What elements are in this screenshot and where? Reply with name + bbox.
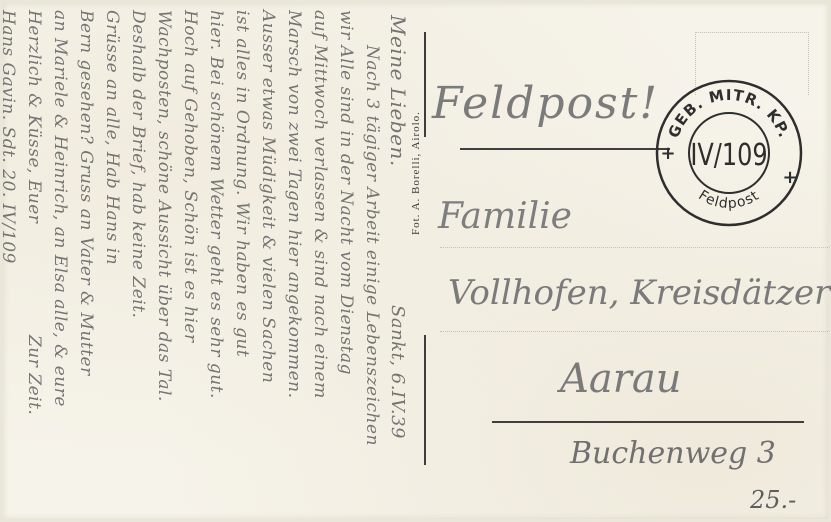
svg-text:Feldpost: Feldpost xyxy=(696,187,763,212)
message-area: Meine Lieben. Sankt, 6.IV.39 Nach 3 tägi… xyxy=(0,0,410,522)
salutation: Meine Lieben. xyxy=(386,15,410,167)
recipient-line-2: Vollhofen, Kreisdätzer xyxy=(448,273,830,313)
printer-credit: Fot. A. Borelli, Airolo. xyxy=(410,75,426,235)
address-rule-1 xyxy=(460,148,670,150)
price-note: 25.- xyxy=(750,486,796,514)
message-line: Ausser etwas Müdigkeit & vielen Sachen xyxy=(258,10,278,383)
svg-text:+: + xyxy=(782,167,797,188)
message-line: an Mariele & Heinrich, an Elsa alle, & e… xyxy=(50,10,70,407)
message-line: auf Mittwoch verlassen & sind nach einem xyxy=(310,10,330,399)
svg-text:+: + xyxy=(660,143,675,164)
recipient-line-1: Familie xyxy=(438,196,572,237)
postmark-stamp: GEB. MITR. KP. Feldpost IV/109 + + xyxy=(654,78,804,228)
message-line: Wachposten, schöne Aussicht über das Tal… xyxy=(154,10,174,402)
message-line: Grüsse an alle, Hab Hans in xyxy=(102,10,122,265)
address-rule-2 xyxy=(440,247,830,248)
service-note: Feldpost! xyxy=(432,78,659,129)
address-rule-3 xyxy=(440,331,830,332)
date-line: Sankt, 6.IV.39 xyxy=(387,305,408,439)
message-line: Herzlich & Küsse, Euer xyxy=(24,10,44,223)
message-line: Marsch von zwei Tagen hier angekommen. xyxy=(284,10,304,399)
recipient-city: Aarau xyxy=(560,356,681,402)
message-line: wir Alle sind in der Nacht vom Dienstag xyxy=(336,10,356,375)
circular-postmark-icon: GEB. MITR. KP. Feldpost IV/109 + + xyxy=(654,78,804,228)
svg-text:IV/109: IV/109 xyxy=(690,138,767,172)
message-line: Hoch auf Gehoben, Schön ist es hier xyxy=(180,10,200,343)
center-divider-bottom xyxy=(424,335,426,465)
message-line: Deshalb der Brief, hab keine Zeit. xyxy=(128,10,148,318)
message-line: Hans Gavin. Sdt. 20. IV/109 xyxy=(0,10,18,264)
message-line: Nach 3 tägiger Arbeit einige Lebenszeich… xyxy=(362,45,382,446)
message-line: Bern gesehen? Gruss an Vater & Mutter xyxy=(76,10,96,376)
message-line: ist alles in Ordnung. Wir haben es gut xyxy=(232,10,252,357)
message-text-block: Meine Lieben. Sankt, 6.IV.39 Nach 3 tägi… xyxy=(10,5,410,505)
address-rule-4 xyxy=(492,421,804,423)
recipient-street: Buchenweg 3 xyxy=(570,436,776,471)
message-line: hier. Bei schönem Wetter geht es sehr gu… xyxy=(206,10,226,399)
closing: Zur Zeit. xyxy=(24,335,44,415)
postcard: Meine Lieben. Sankt, 6.IV.39 Nach 3 tägi… xyxy=(0,0,831,522)
